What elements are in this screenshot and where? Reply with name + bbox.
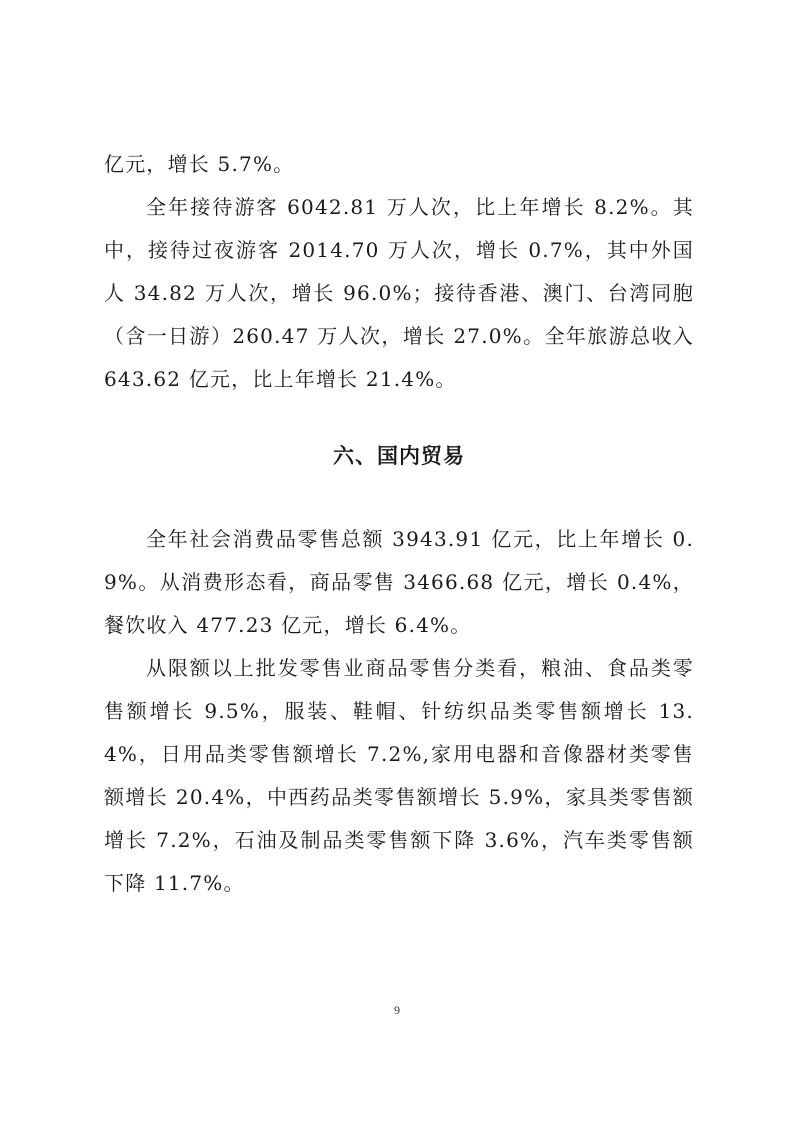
paragraph-tail: 亿元，增长 5.7%。 (104, 143, 694, 186)
page-content: 亿元，增长 5.7%。 全年接待游客 6042.81 万人次，比上年增长 8.2… (104, 143, 694, 905)
page-number: 9 (0, 1003, 794, 1018)
paragraph-tourism: 全年接待游客 6042.81 万人次，比上年增长 8.2%。其中，接待过夜游客 … (104, 186, 694, 401)
document-page: 亿元，增长 5.7%。 全年接待游客 6042.81 万人次，比上年增长 8.2… (0, 0, 794, 1123)
paragraph-retail-categories: 从限额以上批发零售业商品零售分类看，粮油、食品类零售额增长 9.5%，服装、鞋帽… (104, 647, 694, 905)
section-title: 六、国内贸易 (104, 435, 694, 478)
paragraph-retail-total: 全年社会消费品零售总额 3943.91 亿元，比上年增长 0.9%。从消费形态看… (104, 518, 694, 647)
